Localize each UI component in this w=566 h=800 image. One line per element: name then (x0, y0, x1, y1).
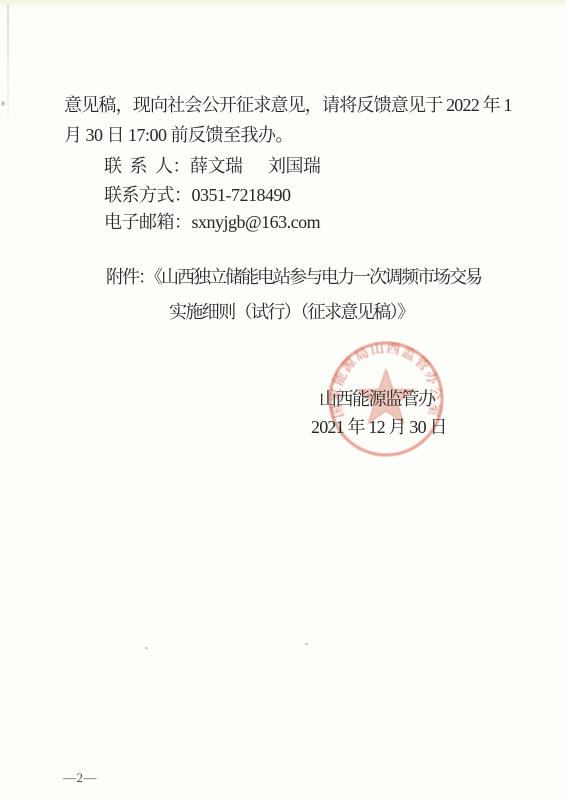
scan-speck (145, 647, 148, 649)
scan-edge-artifact-top (0, 0, 566, 9)
attachment-line-1: 附件：《山西独立储能电站参与电力一次调频市场交易 (106, 266, 481, 288)
contact-phone-line: 联系方式：0351-7218490 (104, 184, 291, 206)
page-number: —2— (63, 770, 97, 786)
signature-date: 2021 年 12 月 30 日 (311, 416, 447, 438)
body-text-line-2: 月 30 日 17:00 前反馈至我办。 (64, 124, 293, 146)
contact-person-line: 联 系 人：薛文瑞 刘国瑞 (104, 155, 321, 177)
body-text-line-1: 意见稿，现向社会公开征求意见，请将反馈意见于 2022 年 1 (64, 94, 512, 116)
scan-speck (305, 643, 308, 645)
signature-org: 山西能源监管办 (319, 388, 435, 410)
document-page: 意见稿，现向社会公开征求意见，请将反馈意见于 2022 年 1 月 30 日 1… (0, 0, 566, 800)
scan-speck (1, 101, 5, 106)
scan-edge-artifact-left (7, 5, 9, 120)
attachment-line-2: 实施细则（试行）（征求意见稿）》 (169, 301, 413, 323)
contact-email-line: 电子邮箱：sxnyjgb@163.com (104, 211, 320, 233)
